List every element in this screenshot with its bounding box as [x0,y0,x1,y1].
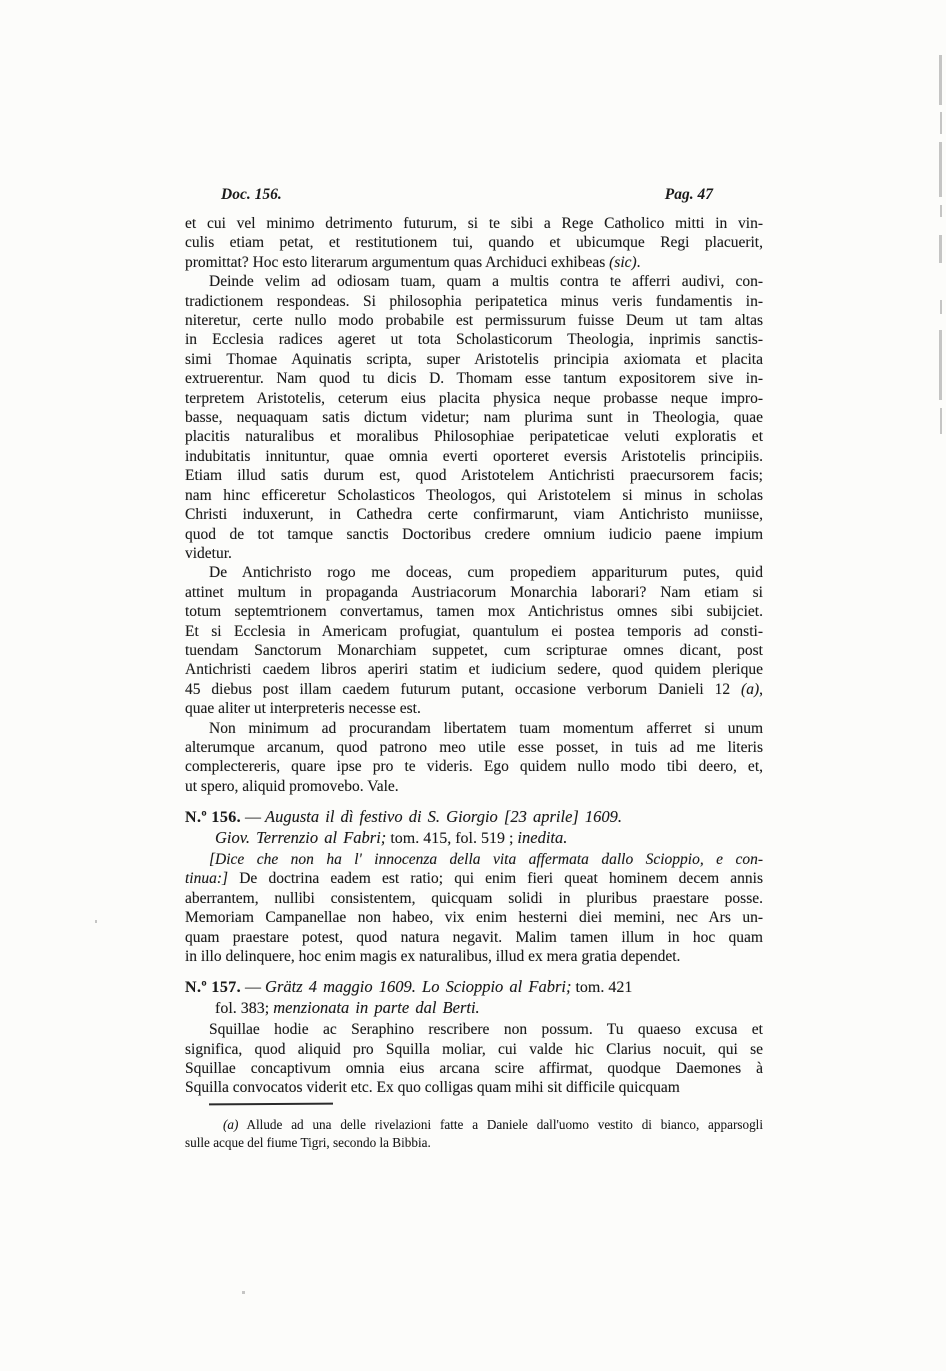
text-run: basse, nequaquam satis dictum videtur; n… [185,409,763,426]
text-line: Memoriam Campanellae non habeo, vix enim… [185,908,763,927]
text-run: Squillae hodie ac Seraphino rescribere n… [209,1021,763,1038]
text-line: tinua:] De doctrina eadem est ratio; qui… [185,869,763,888]
text-line: aberrantem, nullibi consistentem, quicqu… [185,889,763,908]
text-run: significa, quod aliquid pro Squilla moli… [185,1041,763,1058]
text-run: Allude ad una delle rivelazioni fatte a … [238,1117,763,1132]
paragraph: Non minimum ad procurandam libertatem tu… [185,719,763,797]
text-line: Non minimum ad procurandam libertatem tu… [185,719,763,738]
text-run: indubitatis innituntur, quae omnia evert… [185,448,763,465]
text-line: tuendam Sanctorum Monarchiam suppetet, c… [185,641,763,660]
section-heading: N.º 156. — Augusta il dì festivo di S. G… [185,807,763,848]
text-line: alterumque arcanum, quod patrono meo uti… [185,738,763,757]
paragraph: et cui vel minimo detrimento futurum, si… [185,214,763,272]
text-run: De doctrina eadem est ratio; qui enim fi… [228,870,763,887]
text-run: Deinde velim ad odiosam tuam, quam a mul… [209,273,763,290]
text-run: ut spero, aliquid promovebo. Vale. [185,778,399,795]
text-run: Non minimum ad procurandam libertatem tu… [209,720,763,737]
text-run: fol. 383; [215,1000,273,1017]
text-run: N.º 157. [185,979,241,996]
scan-artifact [939,235,942,263]
page-number: Pag. 47 [665,186,713,204]
text-line: videtur. [185,544,763,563]
text-line: complectereris, quare ipse pro te videri… [185,757,763,776]
text-run: Squillae concaptivum omnia eius arcana s… [185,1060,763,1077]
paragraph: Deinde velim ad odiosam tuam, quam a mul… [185,272,763,563]
text-run: niteretur, certe nullo modo probabile es… [185,312,763,329]
text-run: complectereris, quare ipse pro te videri… [185,758,763,775]
text-line: quae aliter ut interpreteris necesse est… [185,699,763,718]
text-run: attinet multum in propaganda Austriacoru… [185,584,763,601]
text-run: tradictionem respondeas. Si philosophia … [185,293,763,310]
text-run: alterumque arcanum, quod patrono meo uti… [185,739,763,756]
text-run: Et si Ecclesia in Americam profugiat, qu… [185,623,763,640]
text-line: totum septemtrionem convertamus, tamen m… [185,602,763,621]
text-run: in Ecclesia radices ageret ut tota Schol… [185,331,763,348]
text-line: quam praestare potest, quod natura negav… [185,928,763,947]
text-run: culis etiam petat, et restitutionem tui,… [185,234,763,251]
text-line: Squillae concaptivum omnia eius arcana s… [185,1059,763,1078]
text-run: terpretem Aristotelis, ceterum eius plac… [185,390,763,407]
text-run: Etiam illud satis durum est, quod Aristo… [185,467,763,484]
text-run: aberrantem, nullibi consistentem, quicqu… [185,890,763,907]
text-run: (a) [741,681,759,698]
text-line: tradictionem respondeas. Si philosophia … [185,292,763,311]
scan-artifact [940,205,942,217]
text-run: nam hinc efficeretur Scholasticos Theolo… [185,487,763,504]
footnote: (a) Allude ad una delle rivelazioni fatt… [185,1103,763,1151]
text-run: (sic) [609,254,637,271]
text-run: placitis naturalibus et moralibus Philos… [185,428,763,445]
text-line: nam hinc efficeretur Scholasticos Theolo… [185,486,763,505]
text-line: N.º 157. — Grätz 4 maggio 1609. Lo Sciop… [185,977,763,997]
text-line: placitis naturalibus et moralibus Philos… [185,427,763,446]
text-run: tinua:] [185,870,228,887]
text-line: terpretem Aristotelis, ceterum eius plac… [185,389,763,408]
text-line: indubitatis innituntur, quae omnia evert… [185,447,763,466]
text-line: De Antichristo rogo me doceas, cum prope… [185,563,763,582]
text-run: Christi induxerunt, in Cathedra certe co… [185,506,763,523]
text-run: N.º 156. [185,809,241,826]
scan-artifact [939,142,942,197]
text-line: simi Thomae Aquinatis scripta, super Ari… [185,350,763,369]
text-line: Giov. Terrenzio al Fabri; tom. 415, fol.… [185,828,763,848]
text-run: extruerentur. Nam quod tu dicis D. Thoma… [185,370,763,387]
footnote-separator-rule [209,1103,333,1106]
text-run: sulle acque del fiume Tigri, secondo la … [185,1135,431,1150]
doc-number: Doc. 156. [221,186,282,204]
text-line: culis etiam petat, et restitutionem tui,… [185,233,763,252]
text-run: promittat? Hoc esto literarum argumentum… [185,254,609,271]
text-run: Grätz 4 maggio 1609. Lo Scioppio al Fabr… [265,977,571,996]
text-run: menzionata in parte dal Berti. [273,998,479,1017]
text-run: Memoriam Campanellae non habeo, vix enim… [185,909,763,926]
scanned-book-page: Doc. 156. Pag. 47 et cui vel minimo detr… [0,0,946,1371]
section-heading: N.º 157. — Grätz 4 maggio 1609. Lo Sciop… [185,977,763,1018]
text-line: ut spero, aliquid promovebo. Vale. [185,777,763,796]
text-line: Christi induxerunt, in Cathedra certe co… [185,505,763,524]
paragraph: De Antichristo rogo me doceas, cum prope… [185,563,763,718]
text-line: Squilla convocatos viderit etc. Ex quo c… [185,1078,763,1097]
text-line: Antichristi caedem libros aperiri statim… [185,660,763,679]
text-line: fol. 383; menzionata in parte dal Berti. [185,998,763,1018]
text-line: quod de tot tamque sanctis Doctoribus cr… [185,525,763,544]
text-run: — [241,979,265,996]
text-line: promittat? Hoc esto literarum argumentum… [185,253,763,272]
text-line: sulle acque del fiume Tigri, secondo la … [185,1134,763,1152]
text-line: Et si Ecclesia in Americam profugiat, qu… [185,622,763,641]
text-line: significa, quod aliquid pro Squilla moli… [185,1040,763,1059]
text-run: tuendam Sanctorum Monarchiam suppetet, c… [185,642,763,659]
text-run: simi Thomae Aquinatis scripta, super Ari… [185,351,763,368]
paragraph: [Dice che non ha l' innocenza della vita… [185,850,763,966]
scan-artifact [242,1291,245,1294]
text-line: Squillae hodie ac Seraphino rescribere n… [185,1020,763,1039]
text-run: Augusta il dì festivo di S. Giorgio [23 … [265,807,622,826]
text-run: inedita. [517,828,567,847]
footnote-lines: (a) Allude ad una delle rivelazioni fatt… [185,1116,763,1151]
scan-artifact [940,408,942,434]
text-run: totum septemtrionem convertamus, tamen m… [185,603,763,620]
text-run: . [637,254,641,271]
text-run: quae aliter ut interpreteris necesse est… [185,700,421,717]
text-run: 45 diebus post illam caedem futurum puta… [185,681,741,698]
scan-artifact [940,112,942,134]
scan-artifact [939,55,942,105]
text-run: , [759,681,763,698]
text-run: quam praestare potest, quod natura negav… [185,929,763,946]
text-run: tom. 415, fol. 519 ; [386,830,517,847]
text-run: Squilla convocatos viderit etc. Ex quo c… [185,1079,680,1096]
text-run: in illo delinquere, hoc enim magis ex na… [185,948,680,965]
text-run: et cui vel minimo detrimento futurum, si… [185,215,763,232]
scan-artifact [939,330,942,400]
text-run: tom. 421 [571,979,632,996]
text-line: in illo delinquere, hoc enim magis ex na… [185,947,763,966]
text-line: in Ecclesia radices ageret ut tota Schol… [185,330,763,349]
text-run: Antichristi caedem libros aperiri statim… [185,661,763,678]
text-line: Etiam illud satis durum est, quod Aristo… [185,466,763,485]
running-header: Doc. 156. Pag. 47 [185,186,763,204]
text-run: quod de tot tamque sanctis Doctoribus cr… [185,526,763,543]
text-run: [Dice che non ha l' innocenza della vita… [209,851,763,868]
text-block-container: et cui vel minimo detrimento futurum, si… [185,214,763,1098]
text-line: basse, nequaquam satis dictum videtur; n… [185,408,763,427]
scan-artifact [940,300,942,314]
text-line: (a) Allude ad una delle rivelazioni fatt… [185,1116,763,1134]
text-line: attinet multum in propaganda Austriacoru… [185,583,763,602]
text-line: N.º 156. — Augusta il dì festivo di S. G… [185,807,763,827]
text-run: videtur. [185,545,232,562]
text-run: Giov. Terrenzio al Fabri; [215,828,386,847]
scan-artifact [95,920,97,923]
text-run: — [241,809,265,826]
text-run: De Antichristo rogo me doceas, cum prope… [209,564,763,581]
text-line: niteretur, certe nullo modo probabile es… [185,311,763,330]
text-line: Deinde velim ad odiosam tuam, quam a mul… [185,272,763,291]
text-run: (a) [223,1117,238,1132]
text-line: 45 diebus post illam caedem futurum puta… [185,680,763,699]
text-line: [Dice che non ha l' innocenza della vita… [185,850,763,869]
paragraph: Squillae hodie ac Seraphino rescribere n… [185,1020,763,1098]
text-line: extruerentur. Nam quod tu dicis D. Thoma… [185,369,763,388]
text-line: et cui vel minimo detrimento futurum, si… [185,214,763,233]
